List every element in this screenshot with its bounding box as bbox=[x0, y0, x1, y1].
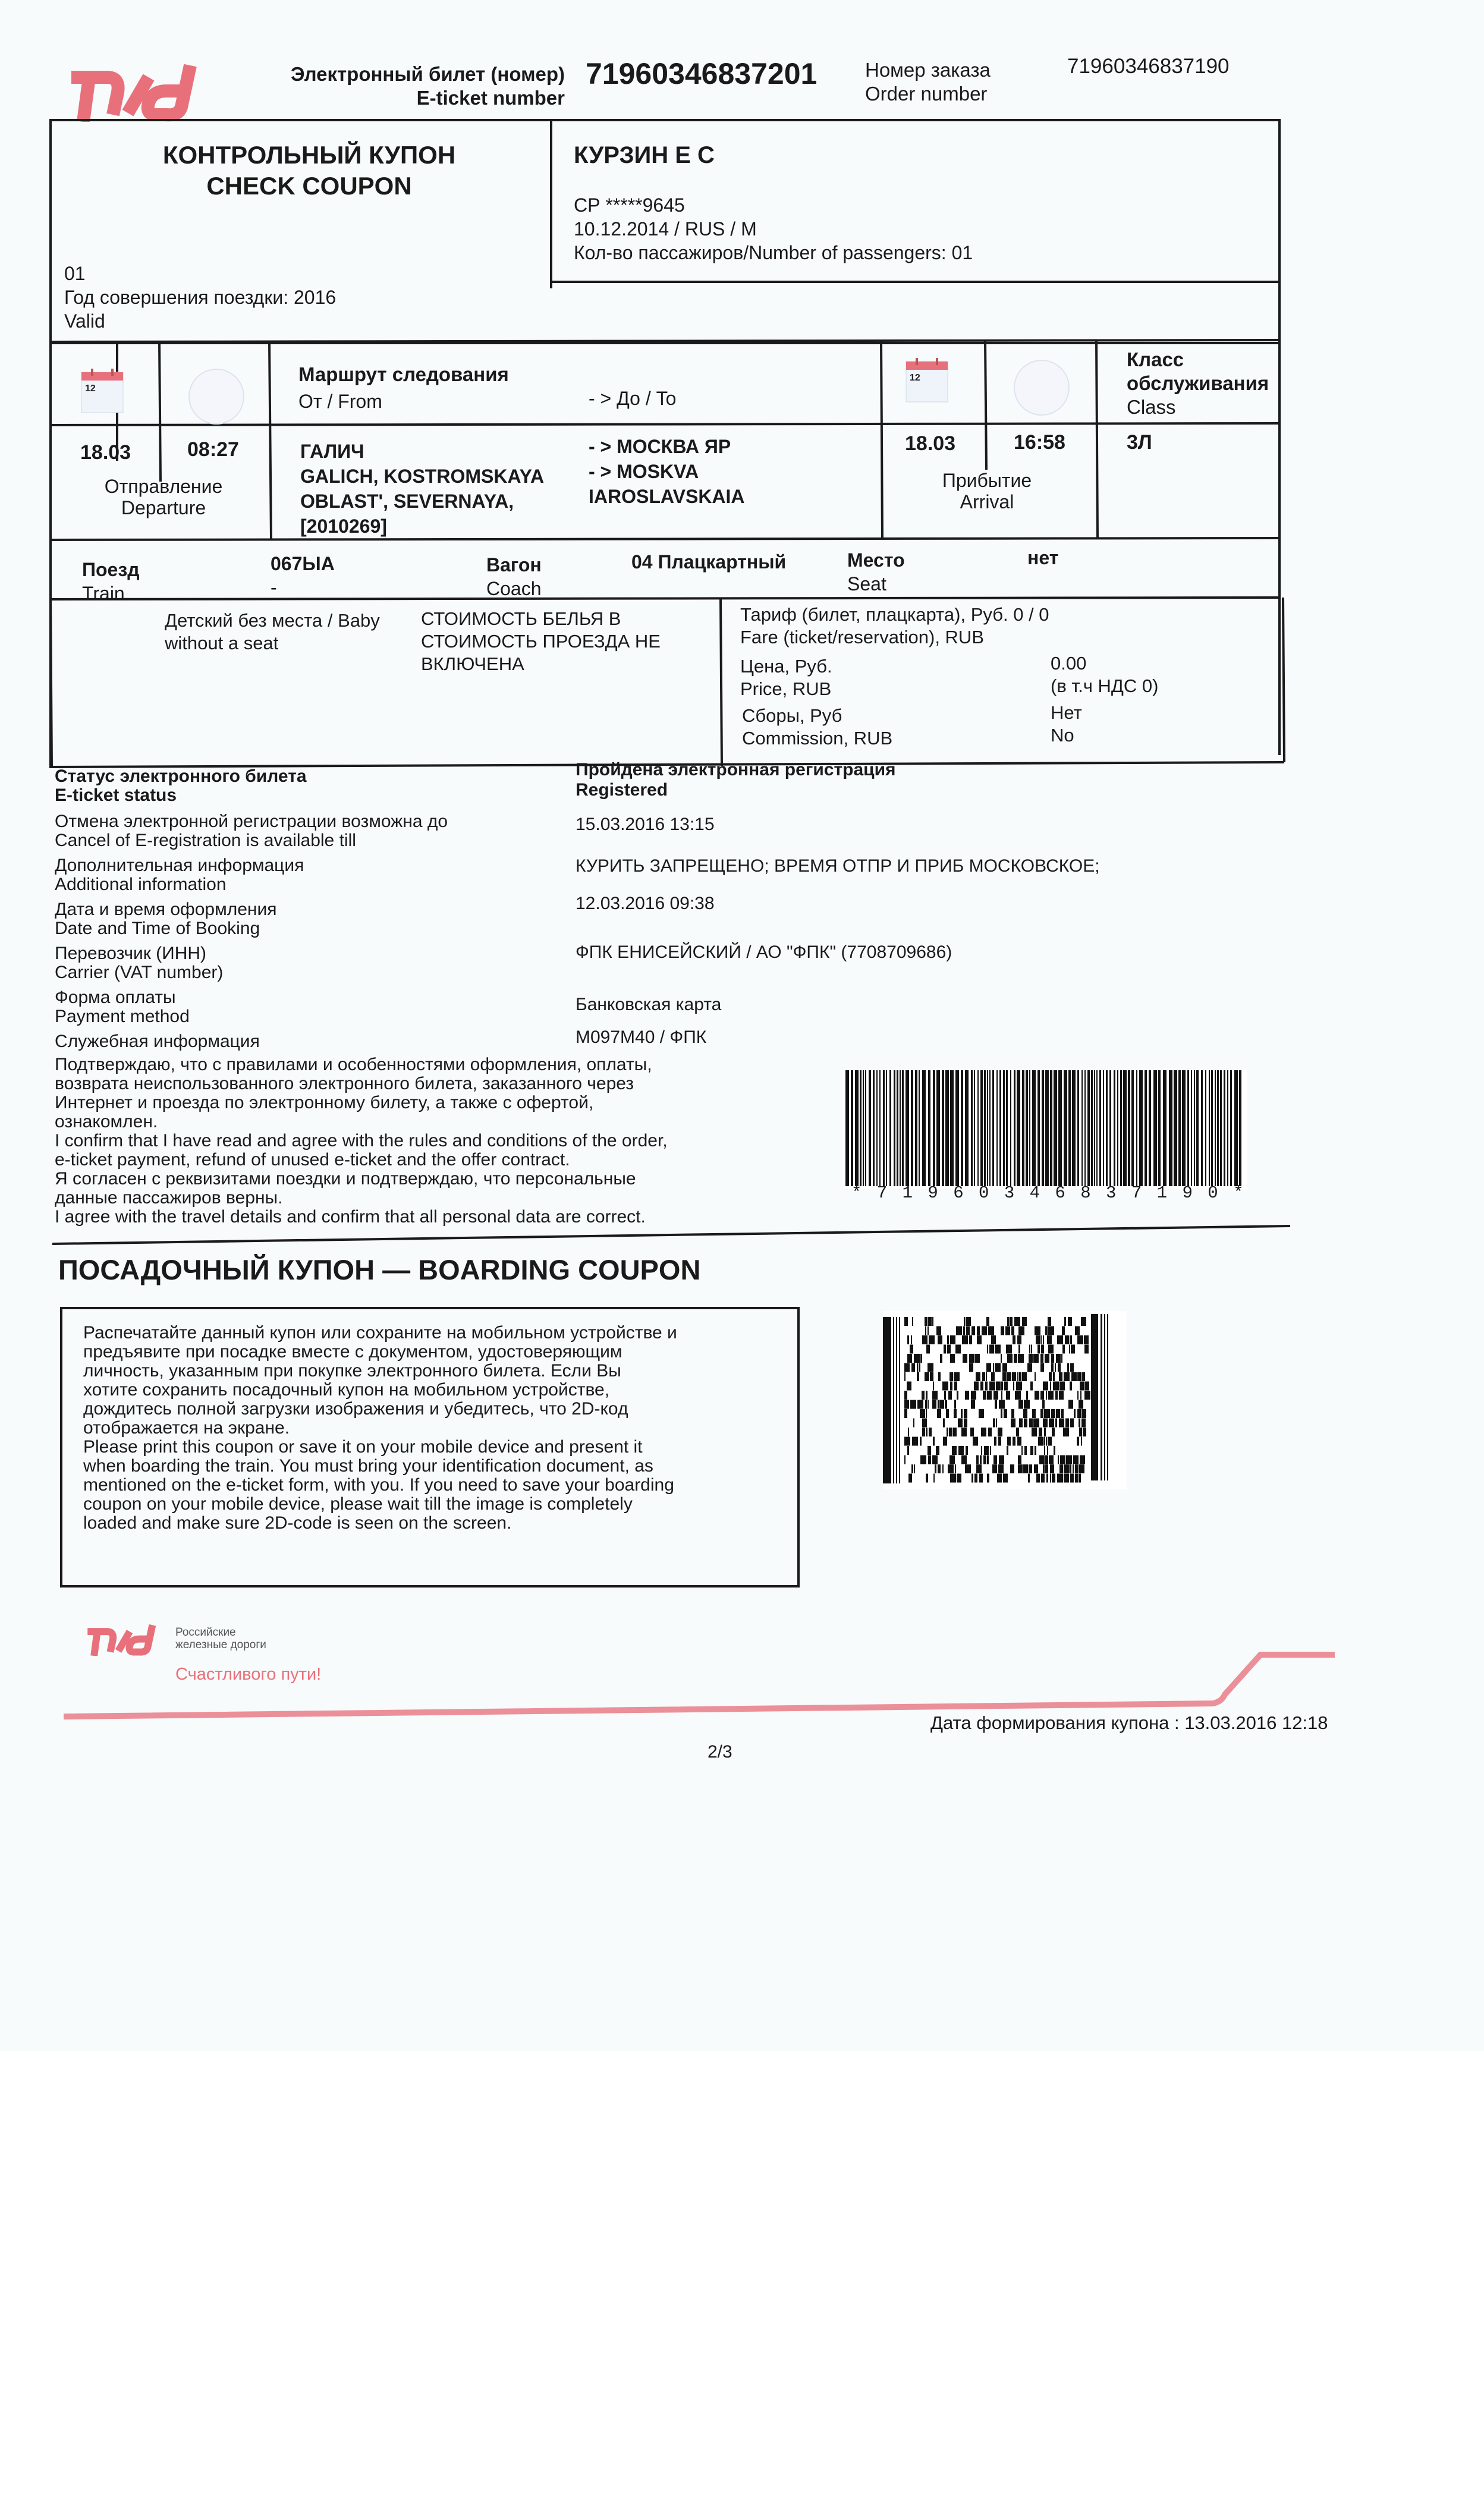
consent-line: возврата неиспользованного электронного … bbox=[55, 1074, 804, 1093]
boarding-line: coupon on your mobile device, please wai… bbox=[83, 1495, 785, 1514]
commission-label-en: Commission, RUB bbox=[742, 727, 892, 750]
coach-label-en: Coach bbox=[486, 577, 542, 601]
consent-line: Интернет и проезда по электронному билет… bbox=[55, 1093, 804, 1112]
boarding-line: loaded and make sure 2D-code is seen on … bbox=[83, 1514, 785, 1533]
to-station-ru: - > МОСКВА ЯР bbox=[589, 434, 844, 459]
company-line-1: Российские bbox=[175, 1626, 266, 1639]
boarding-title: ПОСАДОЧНЫЙ КУПОН — BOARDING COUPON bbox=[58, 1253, 700, 1286]
fare-value: 0 / 0 bbox=[1013, 604, 1049, 625]
linear-barcode bbox=[843, 1070, 1247, 1189]
price-label-ru: Цена, Руб. bbox=[740, 655, 832, 678]
departure-label-en: Departure bbox=[89, 497, 238, 518]
boarding-line: отображается на экране. bbox=[83, 1419, 785, 1438]
seat-label-ru: Место bbox=[847, 548, 905, 572]
svg-text:12: 12 bbox=[85, 383, 96, 394]
to-station: - > МОСКВА ЯР - > MOSKVA IAROSLAVSKAIA bbox=[589, 434, 844, 509]
train-sub: - bbox=[271, 576, 335, 599]
from-station-ru: ГАЛИЧ bbox=[300, 439, 580, 464]
arrival-label-ru: Прибытие bbox=[913, 470, 1061, 491]
status-row-6-label: Служебная информация bbox=[55, 1032, 578, 1051]
route-to-label: - > До / To bbox=[589, 386, 676, 410]
commission-value-en: No bbox=[1051, 724, 1082, 747]
svg-text:12: 12 bbox=[910, 373, 920, 383]
departure-date: 18.03 bbox=[80, 440, 131, 465]
seat-label-en: Seat bbox=[847, 572, 905, 596]
boarding-line: Please print this coupon or save it on y… bbox=[83, 1438, 785, 1457]
boarding-line: предъявите при посадке вместе с документ… bbox=[83, 1343, 785, 1362]
departure-label: Отправление Departure bbox=[89, 476, 238, 518]
train-number-block: 067ЫА - bbox=[271, 552, 335, 599]
consent-line: I confirm that I have read and agree wit… bbox=[55, 1131, 804, 1150]
status-value-payment: Банковская карта bbox=[576, 995, 721, 1015]
arrival-label: Прибытие Arrival bbox=[913, 470, 1061, 513]
train-number: 067ЫА bbox=[271, 552, 335, 576]
status-row-4-label: Перевозчик (ИНН)Carrier (VAT number) bbox=[55, 944, 578, 982]
consent-line: Подтверждаю, что с правилами и особеннос… bbox=[55, 1055, 804, 1074]
seat-value: нет bbox=[1027, 546, 1058, 570]
status-value-additional-info: КУРИТЬ ЗАПРЕЩЕНО; ВРЕМЯ ОТПР И ПРИБ МОСК… bbox=[576, 856, 1100, 876]
class-label-ru-2: обслуживания bbox=[1127, 372, 1269, 395]
status-values: Пройдена электронная регистрацияRegister… bbox=[576, 760, 1289, 800]
clock-icon-arrival bbox=[1014, 360, 1070, 416]
page-number: 2/3 bbox=[708, 1742, 732, 1762]
calendar-icon: 12 bbox=[80, 367, 125, 415]
price-amount: 0.00 bbox=[1051, 652, 1159, 675]
arrival-date: 18.03 bbox=[905, 431, 955, 456]
status-row-0-label: Статус электронного билетаE-ticket statu… bbox=[55, 767, 578, 805]
status-value-service-info: М097М40 / ФПК bbox=[576, 1027, 706, 1048]
consent-line: I agree with the travel details and conf… bbox=[55, 1208, 804, 1227]
route-from-label: От / From bbox=[298, 389, 382, 413]
commission-value: Нет No bbox=[1051, 702, 1082, 747]
consent-line: e-ticket payment, refund of unused e-tic… bbox=[55, 1150, 804, 1170]
boarding-line: личность, указанным при покупке электрон… bbox=[83, 1362, 785, 1381]
boarding-line: дождитесь полной загрузки изображения и … bbox=[83, 1400, 785, 1419]
arrival-time: 16:58 bbox=[1014, 430, 1065, 455]
seat-label: Место Seat bbox=[847, 548, 905, 596]
fare-label-en: Fare (ticket/reservation), RUB bbox=[740, 626, 1263, 649]
calendar-icon-arrival: 12 bbox=[905, 357, 949, 404]
boarding-line: when boarding the train. You must bring … bbox=[83, 1457, 785, 1476]
company-line-2: железные дороги bbox=[175, 1639, 266, 1651]
coach-label-ru: Вагон bbox=[486, 553, 542, 577]
coach-label: Вагон Coach bbox=[486, 553, 542, 601]
route-header: Маршрут следования bbox=[298, 363, 509, 386]
ticket-type: Детский без места / Baby without a seat bbox=[165, 609, 414, 655]
train-label-en: Train bbox=[82, 581, 140, 605]
departure-time: 08:27 bbox=[187, 437, 239, 462]
price-label-en: Price, RUB bbox=[740, 678, 832, 700]
to-station-en: - > MOSKVA IAROSLAVSKAIA bbox=[589, 459, 844, 509]
clock-icon bbox=[188, 369, 244, 425]
commission-value-ru: Нет bbox=[1051, 702, 1082, 724]
pdf417-barcode bbox=[883, 1311, 1127, 1489]
boarding-line: mentioned on the e-ticket form, with you… bbox=[83, 1476, 785, 1495]
train-label: Поезд Train bbox=[82, 558, 140, 605]
boarding-line: Распечатайте данный купон или сохраните … bbox=[83, 1324, 785, 1343]
coupon-generated-date: Дата формирования купона : 13.03.2016 12… bbox=[930, 1712, 1328, 1734]
from-station-en: GALICH, KOSTROMSKAYA OBLAST', SEVERNAYA,… bbox=[300, 464, 580, 539]
status-value-booking-date: 12.03.2016 09:38 bbox=[576, 894, 715, 914]
barcode-text: * 7 1 9 6 0 3 4 6 8 3 7 1 9 0 * bbox=[851, 1183, 1246, 1203]
boarding-line: хотите сохранить посадочный купон на моб… bbox=[83, 1381, 785, 1400]
status-value-carrier: ФПК ЕНИСЕЙСКИЙ / АО "ФПК" (7708709686) bbox=[576, 942, 952, 963]
2d-code-icon bbox=[883, 1311, 1127, 1489]
status-row-3-label: Дата и время оформленияDate and Time of … bbox=[55, 900, 578, 938]
slogan: Счастливого пути! bbox=[175, 1665, 321, 1684]
company-name: Российские железные дороги bbox=[175, 1626, 266, 1651]
status-value-cancel-till: 15.03.2016 13:15 bbox=[576, 815, 715, 835]
from-station: ГАЛИЧ GALICH, KOSTROMSKAYA OBLAST', SEVE… bbox=[300, 439, 580, 539]
status-value-registered: Пройдена электронная регистрацияRegister… bbox=[576, 760, 1289, 800]
commission-label: Сборы, Руб Commission, RUB bbox=[742, 705, 892, 750]
barcode-icon bbox=[843, 1070, 1247, 1189]
train-label-ru: Поезд bbox=[82, 558, 140, 581]
consent-line: ознакомлен. bbox=[55, 1112, 804, 1131]
consent-line: Я согласен с реквизитами поездки и подтв… bbox=[55, 1170, 804, 1189]
status-row-5-label: Форма оплатыPayment method bbox=[55, 988, 578, 1026]
consent-line: данные пассажиров верны. bbox=[55, 1189, 804, 1208]
arrival-label-en: Arrival bbox=[913, 491, 1061, 513]
status-row-1-label: Отмена электронной регистрации возможна … bbox=[55, 812, 578, 850]
boarding-instructions: Распечатайте данный купон или сохраните … bbox=[83, 1324, 785, 1533]
price-vat: (в т.ч НДС 0) bbox=[1051, 675, 1159, 697]
status-labels: Статус электронного билетаE-ticket statu… bbox=[55, 767, 578, 1051]
class-label-en: Class bbox=[1127, 395, 1269, 419]
linen-note: СТОИМОСТЬ БЕЛЬЯ В СТОИМОСТЬ ПРОЕЗДА НЕ В… bbox=[421, 608, 706, 675]
status-row-2-label: Дополнительная информацияAdditional info… bbox=[55, 856, 578, 894]
class-label-ru-1: Класс bbox=[1127, 348, 1269, 372]
commission-label-ru: Сборы, Руб bbox=[742, 705, 892, 727]
fare-label-ru: Тариф (билет, плацкарта), Руб. bbox=[740, 604, 1008, 625]
rzd-footer-logo-icon bbox=[83, 1620, 166, 1656]
fare-block: Тариф (билет, плацкарта), Руб. 0 / 0 Far… bbox=[740, 603, 1263, 649]
coach-value: 04 Плацкартный bbox=[631, 550, 786, 574]
price-label: Цена, Руб. Price, RUB bbox=[740, 655, 832, 700]
price-value: 0.00 (в т.ч НДС 0) bbox=[1051, 652, 1159, 697]
class-value: 3Л bbox=[1127, 430, 1152, 455]
consent-text: Подтверждаю, что с правилами и особеннос… bbox=[55, 1055, 804, 1227]
departure-label-ru: Отправление bbox=[89, 476, 238, 497]
class-label: Класс обслуживания Class bbox=[1127, 348, 1269, 419]
